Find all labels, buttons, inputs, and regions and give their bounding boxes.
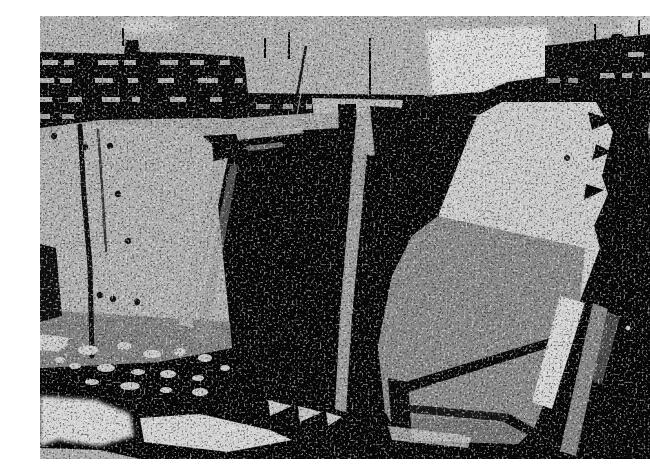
film-grain-black (40, 16, 650, 459)
halftone-photo: Grainy high-contrast black-and-white hal… (40, 16, 650, 459)
photo-canvas (40, 16, 650, 459)
